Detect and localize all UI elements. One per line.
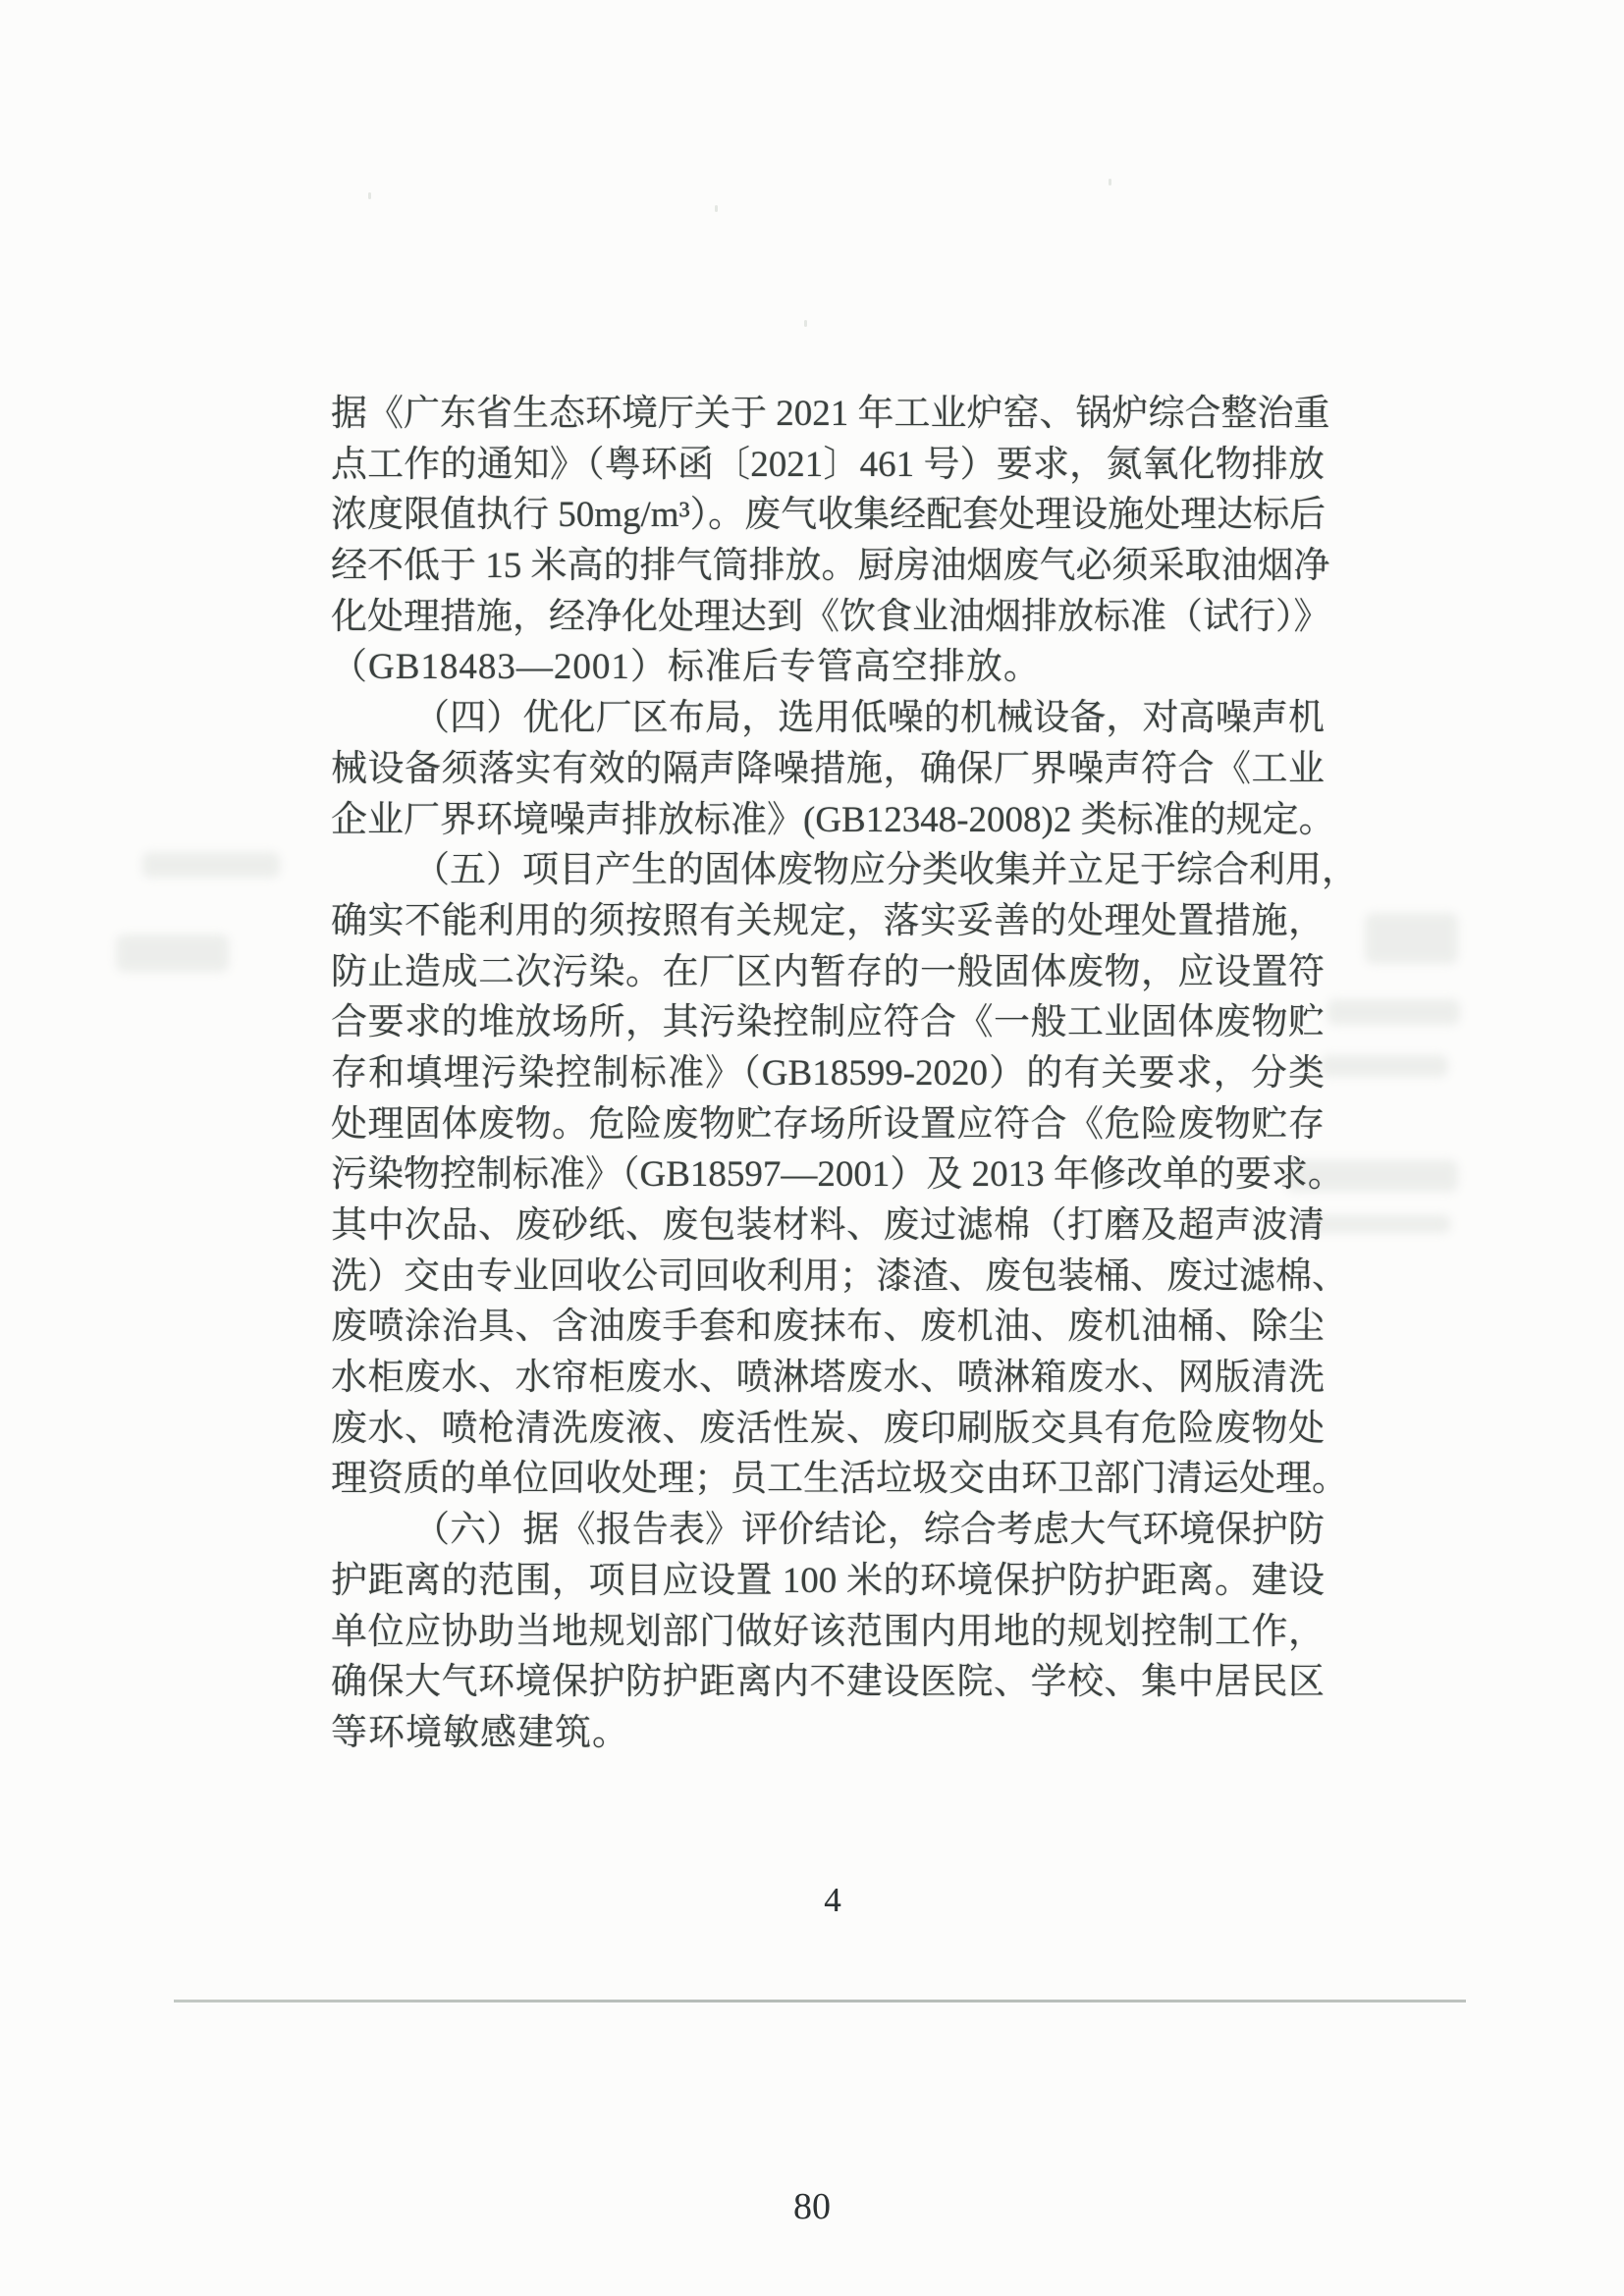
text-line: 企业厂界环境噪声排放标准》(GB12348-2008)2 类标准的规定。 <box>331 795 1325 846</box>
scan-speck <box>1109 179 1111 186</box>
text-line: 确保大气环境保护防护距离内不建设医院、学校、集中居民区 <box>331 1657 1325 1708</box>
scan-speck <box>368 192 371 199</box>
text-line: 废水、喷枪清洗废液、废活性炭、废印刷版交具有危险废物处 <box>331 1404 1325 1455</box>
text-line: 水柜废水、水帘柜废水、喷淋塔废水、喷淋箱废水、网版清洗 <box>331 1353 1325 1404</box>
document-page-number: 80 <box>0 2185 1624 2228</box>
text-line: 污染物控制标准》（GB18597—2001）及 2013 年修改单的要求。 <box>331 1149 1325 1201</box>
text-line: 等环境敏感建筑。 <box>331 1708 1325 1759</box>
text-line: 处理固体废物。危险废物贮存场所设置应符合《危险废物贮存 <box>331 1099 1325 1150</box>
text-line: 点工作的通知》（粤环函〔2021〕461 号）要求，氮氧化物排放 <box>331 440 1325 491</box>
text-line: 护距离的范围，项目应设置 100 米的环境保护防护距离。建设 <box>331 1556 1325 1607</box>
text-line: 化处理措施，经净化处理达到《饮食业油烟排放标准（试行）》 <box>331 592 1325 643</box>
text-line: 洗）交由专业回收公司回收利用；漆渣、废包装桶、废过滤棉、 <box>331 1252 1325 1303</box>
scan-speck <box>715 205 718 212</box>
text-line: 据《广东省生态环境厅关于 2021 年工业炉窑、锅炉综合整治重 <box>331 389 1325 440</box>
section-page-number: 4 <box>815 1879 850 1922</box>
scan-artifact <box>1327 999 1460 1025</box>
text-line: （五）项目产生的固体废物应分类收集并立足于综合利用， <box>331 845 1325 896</box>
text-line: 存和填埋污染控制标准》（GB18599-2020）的有关要求，分类 <box>331 1048 1325 1099</box>
text-line: 单位应协助当地规划部门做好该范围内用地的规划控制工作， <box>331 1607 1325 1658</box>
text-line: （四）优化厂区布局，选用低噪的机械设备，对高噪声机 <box>331 693 1325 744</box>
scan-artifact <box>116 934 229 972</box>
scan-speck <box>804 320 807 327</box>
text-line: 理资质的单位回收处理；员工生活垃圾交由环卫部门清运处理。 <box>331 1454 1325 1505</box>
scan-artifact <box>142 852 280 878</box>
footer-divider-rule <box>174 2000 1466 2002</box>
text-line: 其中次品、废砂纸、废包装材料、废过滤棉（打磨及超声波清 <box>331 1201 1325 1252</box>
document-page: 据《广东省生态环境厅关于 2021 年工业炉窑、锅炉综合整治重点工作的通知》（粤… <box>0 0 1624 2296</box>
scan-artifact <box>1365 913 1458 964</box>
text-line: （六）据《报告表》评价结论，综合考虑大气环境保护防 <box>331 1505 1325 1556</box>
text-block: 据《广东省生态环境厅关于 2021 年工业炉窑、锅炉综合整治重点工作的通知》（粤… <box>331 389 1325 1759</box>
text-line: 浓度限值执行 50mg/m³）。废气收集经配套处理设施处理达标后 <box>331 490 1325 541</box>
text-line: 防止造成二次污染。在厂区内暂存的一般固体废物，应设置符 <box>331 947 1325 998</box>
text-line: 废喷涂治具、含油废手套和废抹布、废机油、废机油桶、除尘 <box>331 1302 1325 1353</box>
text-line: 经不低于 15 米高的排气筒排放。厨房油烟废气必须采取油烟净 <box>331 541 1325 592</box>
text-line: 合要求的堆放场所，其污染控制应符合《一般工业固体废物贮 <box>331 997 1325 1048</box>
text-line: 确实不能利用的须按照有关规定，落实妥善的处理处置措施， <box>331 896 1325 947</box>
scan-artifact <box>1321 1055 1448 1077</box>
text-line: （GB18483—2001）标准后专管高空排放。 <box>331 642 1325 693</box>
text-line: 械设备须落实有效的隔声降噪措施，确保厂界噪声符合《工业 <box>331 744 1325 795</box>
